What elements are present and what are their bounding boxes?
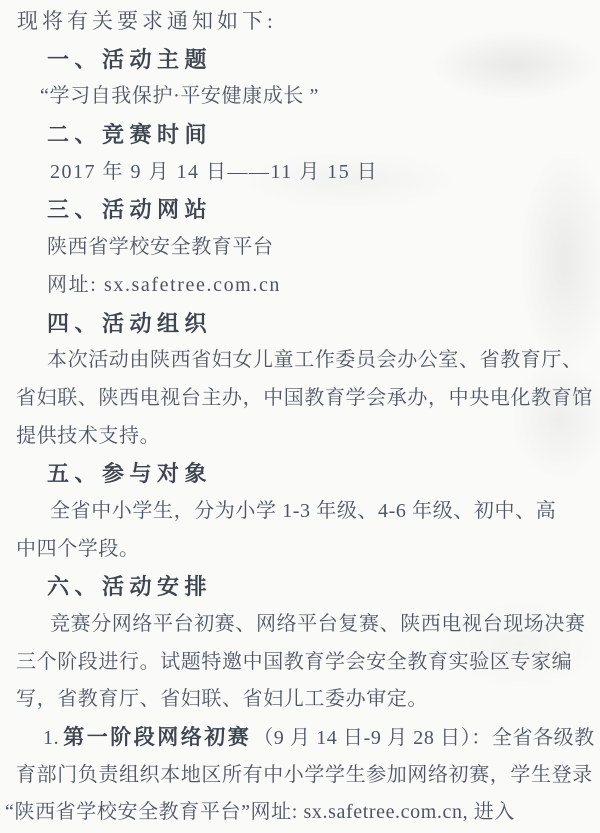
- participants-line-2: 中四个学段。: [16, 531, 588, 569]
- activity-theme-text: “学习自我保护·平安健康成长 ”: [16, 78, 588, 116]
- section-6-heading: 六、活动安排: [16, 568, 588, 606]
- website-url: 网址: sx.safetree.com.cn: [16, 267, 588, 305]
- organization-line-3: 提供技术支持。: [16, 418, 588, 456]
- organization-line-2: 省妇联、陕西电视台主办，中国教育学会承办，中央电化教育馆: [16, 380, 588, 418]
- participants-line-1: 全省中小学生，分为小学 1-3 年级、4-6 年级、初中、高: [16, 493, 588, 531]
- intro-text: 现将有关要求通知如下:: [16, 3, 588, 41]
- section-2-heading: 二、竞赛时间: [16, 116, 588, 154]
- section-3-heading: 三、活动网站: [16, 191, 588, 229]
- competition-date-range: 2017 年 9 月 14 日——11 月 15 日: [16, 154, 588, 192]
- organization-line-1: 本次活动由陕西省妇女儿童工作委员会办公室、省教育厅、: [16, 342, 588, 380]
- document-body: 现将有关要求通知如下: 一、活动主题 “学习自我保护·平安健康成长 ” 二、竞赛…: [16, 3, 588, 832]
- section-1-heading: 一、活动主题: [16, 41, 588, 79]
- document-page: 现将有关要求通知如下: 一、活动主题 “学习自我保护·平安健康成长 ” 二、竞赛…: [0, 0, 600, 833]
- section-5-heading: 五、参与对象: [16, 455, 588, 493]
- stage-1-dates: （9 月 14 日-9 月 28 日）：全省各级教: [253, 727, 595, 749]
- arrangement-line-1: 竞赛分网络平台初赛、网络平台复赛、陕西电视台现场决赛: [16, 606, 588, 644]
- website-name: 陕西省学校安全教育平台: [16, 229, 588, 267]
- arrangement-line-3: 写，省教育厅、省妇联、省妇儿工委办审定。: [16, 681, 588, 719]
- section-4-heading: 四、活动组织: [16, 305, 588, 343]
- stage-1-line-3: “陕西省学校安全教育平台”网址: sx.safetree.com.cn, 进入: [5, 794, 588, 832]
- stage-1-line-1: 1.第一阶段网络初赛（9 月 14 日-9 月 28 日）：全省各级教: [16, 719, 588, 757]
- stage-1-title: 第一阶段网络初赛: [63, 726, 251, 749]
- stage-1-line-2: 育部门负责组织本地区所有中小学学生参加网络初赛，学生登录: [16, 757, 588, 795]
- stage-1-number: 1.: [43, 727, 59, 749]
- arrangement-line-2: 三个阶段进行。试题特邀中国教育学会安全教育实验区专家编: [16, 644, 588, 682]
